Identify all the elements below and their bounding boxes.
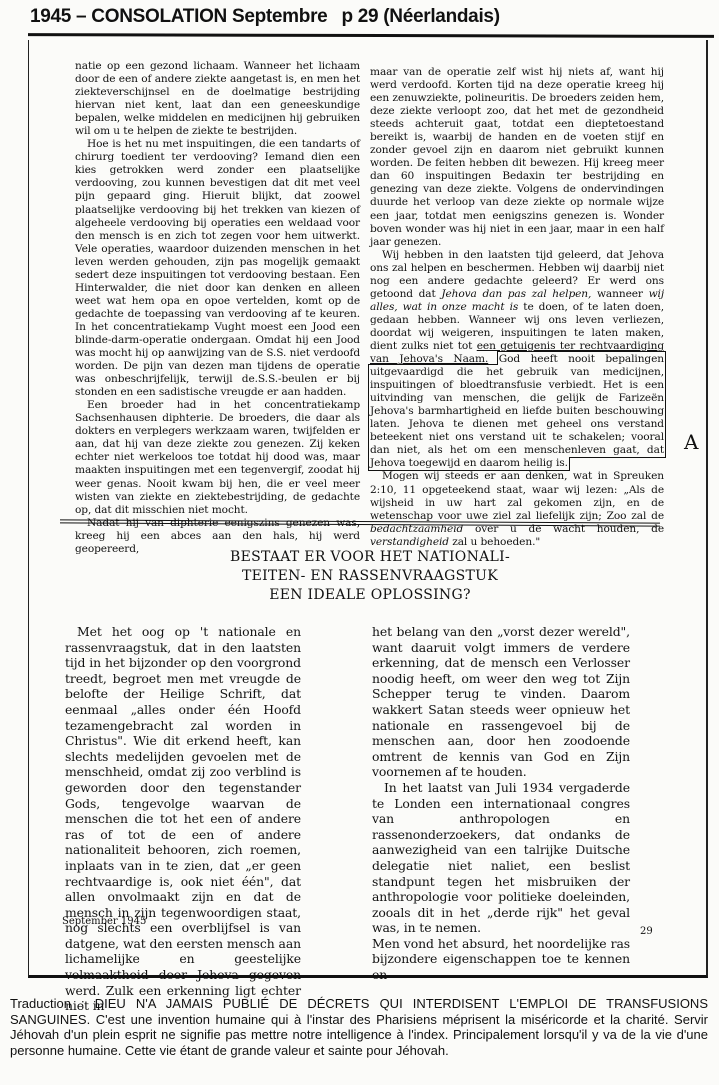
header-rule [28, 33, 714, 38]
highlighted-boxed-passage: God heeft nooit bepalingen uitgevaardigd… [370, 353, 664, 469]
title-line: TEITEN- EN RASSENVRAAGSTUK [190, 567, 550, 586]
title-line: EEN IDEALE OPLOSSING? [190, 586, 550, 605]
second-article-column-2: het belang van den „vorst dezer wereld",… [372, 624, 630, 983]
document-header: 1945 – CONSOLATION Septembrep 29 (Néerla… [30, 6, 500, 28]
translation-note: Traduction : DIEU N'A JAMAIS PUBLIÉ DE D… [10, 996, 708, 1059]
paragraph: Met het oog op 't nationale en rassenvra… [65, 624, 301, 1014]
paragraph: het belang van den „vorst dezer wereld",… [372, 624, 630, 780]
paragraph: maar van de operatie zelf wist hij niets… [370, 66, 664, 249]
text-run: wanneer [591, 288, 648, 300]
margin-marker: A [684, 430, 698, 454]
text-run: Mogen wij steeds er aan denken, wat in S… [370, 470, 664, 521]
emphasis: Jehova dan pas zal helpen, [441, 288, 591, 300]
header-page-ref: p 29 (Néerlandais) [341, 6, 499, 27]
paragraph: In het laatst van Juli 1934 vergaderde t… [372, 780, 630, 936]
paragraph: Wij hebben in den laatsten tijd geleerd,… [370, 249, 664, 471]
paragraph: Men vond het absurd, het noordelijke ras… [372, 936, 630, 983]
paragraph: Mogen wij steeds er aan denken, wat in S… [370, 470, 664, 548]
emphasis: verstandigheid [370, 536, 449, 548]
footer-page-number: 29 [640, 926, 653, 937]
second-article-column-1: Met het oog op 't nationale en rassenvra… [65, 624, 301, 1014]
paragraph: Een broeder had in het concentratiekamp … [75, 399, 360, 516]
paragraph: Hoe is het nu met inspuitingen, die een … [75, 138, 360, 399]
header-title: 1945 – CONSOLATION Septembre [30, 6, 327, 27]
top-article-column-2: maar van de operatie zelf wist hij niets… [370, 66, 664, 549]
article-title: BESTAAT ER VOOR HET NATIONALI- TEITEN- E… [190, 548, 550, 605]
text-run: zal u behoeden." [449, 536, 540, 548]
footer-date: September 1945 [62, 916, 146, 927]
top-article-column-1: natie op een gezond lichaam. Wanneer het… [75, 60, 360, 556]
title-line: BESTAAT ER VOOR HET NATIONALI- [190, 548, 550, 567]
paragraph: natie op een gezond lichaam. Wanneer het… [75, 60, 360, 138]
